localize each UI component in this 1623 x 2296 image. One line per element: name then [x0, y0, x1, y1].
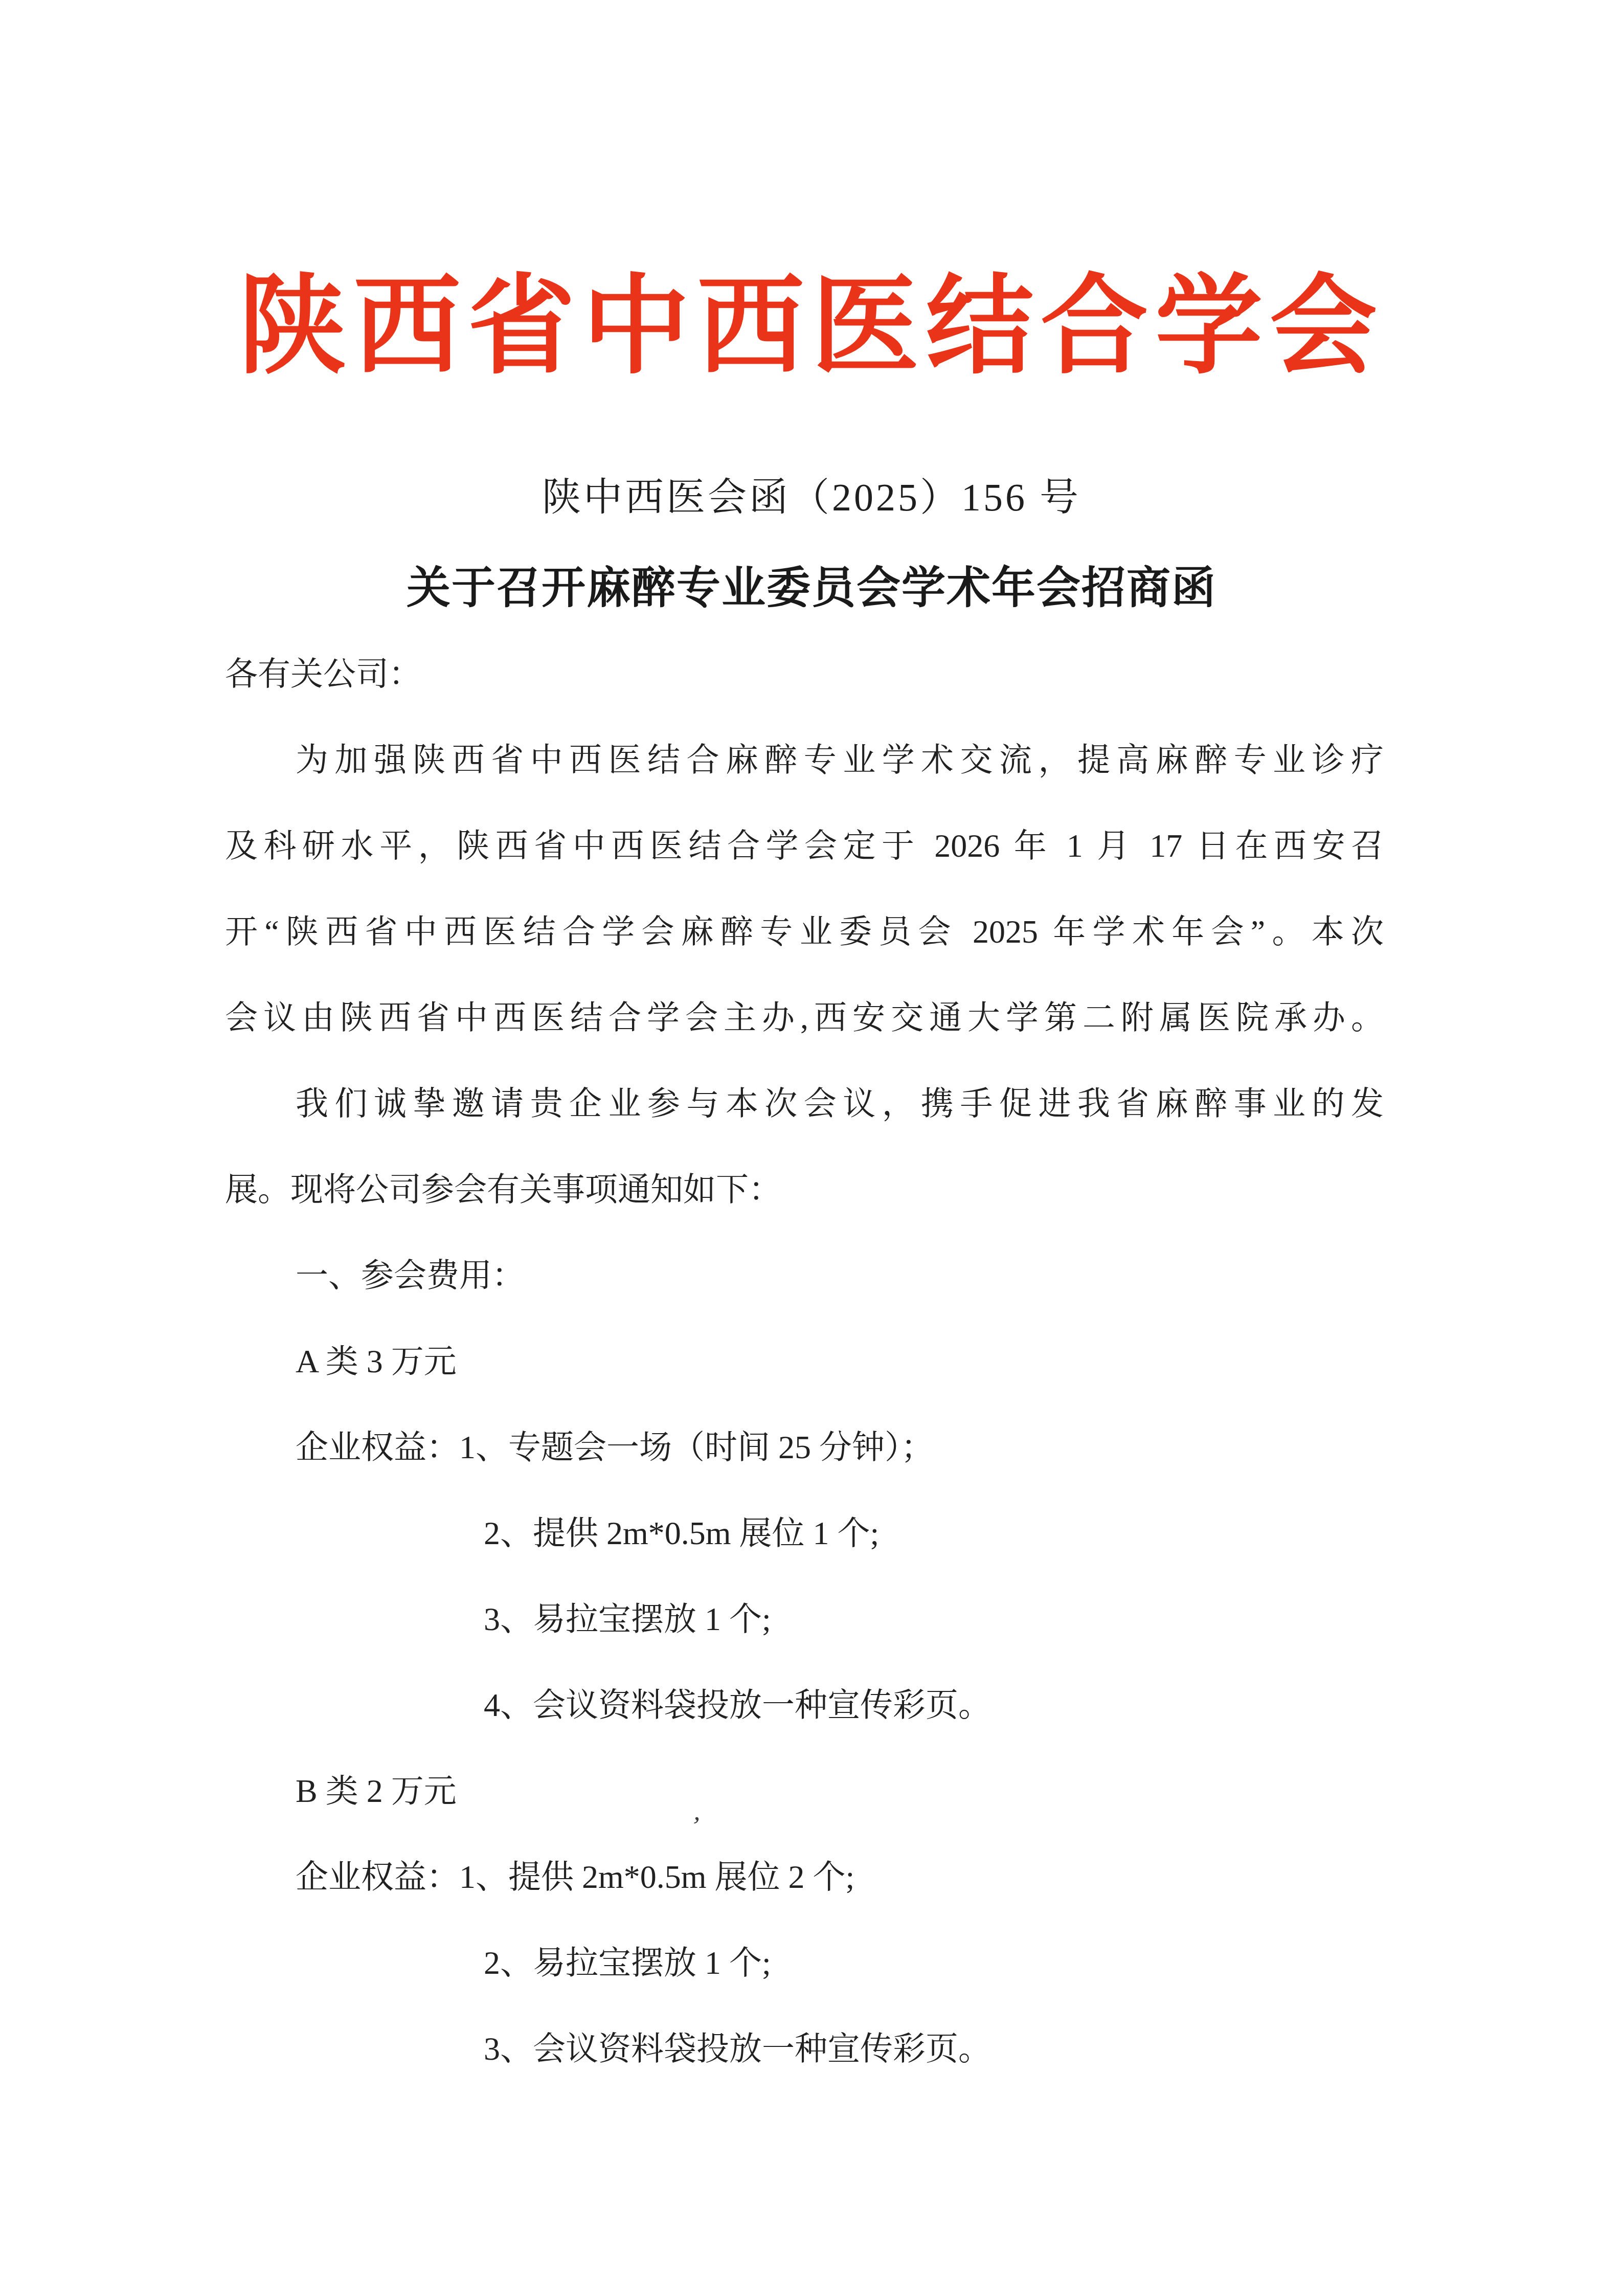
class-a-benefit-1: 企业权益：1、专题会一场（时间 25 分钟）； [225, 1405, 1384, 1490]
letterhead-title: 陕西省中西医结合学会 [0, 274, 1623, 381]
class-a-benefit-3: 3、易拉宝摆放 1 个; [225, 1576, 1384, 1662]
fee-class-b: B 类 2 万元 [225, 1748, 1384, 1834]
salutation-line: 各有关公司： [225, 631, 1384, 717]
class-b-benefit-1: 企业权益：1、提供 2m*0.5m 展位 2 个; [225, 1834, 1384, 1920]
body-line-para1-4: 会议由陕西省中西医结合学会主办,西安交通大学第二附属医院承办。 [225, 975, 1384, 1061]
document-page: 陕西省中西医结合学会 陕中西医会函（2025）156 号 关于召开麻醉专业委员会… [0, 0, 1623, 2296]
body-line-para2-1: 我们诚挚邀请贵企业参与本次会议，携手促进我省麻醉事业的发 [225, 1061, 1384, 1147]
section-heading-fees: 一、参会费用： [225, 1233, 1384, 1319]
body-line-para1-1: 为加强陕西省中西医结合麻醉专业学术交流，提高麻醉专业诊疗 [225, 717, 1384, 803]
body-line-para2-2: 展。现将公司参会有关事项通知如下： [225, 1147, 1384, 1233]
fee-class-a: A 类 3 万元 [225, 1319, 1384, 1405]
class-b-benefit-2: 2、易拉宝摆放 1 个; [225, 1920, 1384, 2006]
class-a-benefit-2: 2、提供 2m*0.5m 展位 1 个; [225, 1490, 1384, 1576]
body-line-para1-3: 开“陕西省中西医结合学会麻醉专业委员会 2025 年学术年会”。本次 [225, 889, 1384, 975]
letter-body: 各有关公司： 为加强陕西省中西医结合麻醉专业学术交流，提高麻醉专业诊疗 及科研水… [225, 631, 1384, 2092]
body-line-para1-2: 及科研水平，陕西省中西医结合学会定于 2026 年 1 月 17 日在西安召 [225, 803, 1384, 889]
class-b-benefit-3: 3、会议资料袋投放一种宣传彩页。 [225, 2006, 1384, 2092]
doc-number: 陕中西医会函（2025）156 号 [0, 476, 1623, 520]
subject-heading: 关于召开麻醉专业委员会学术年会招商函 [0, 564, 1623, 613]
class-a-benefit-4: 4、会议资料袋投放一种宣传彩页。 [225, 1662, 1384, 1748]
